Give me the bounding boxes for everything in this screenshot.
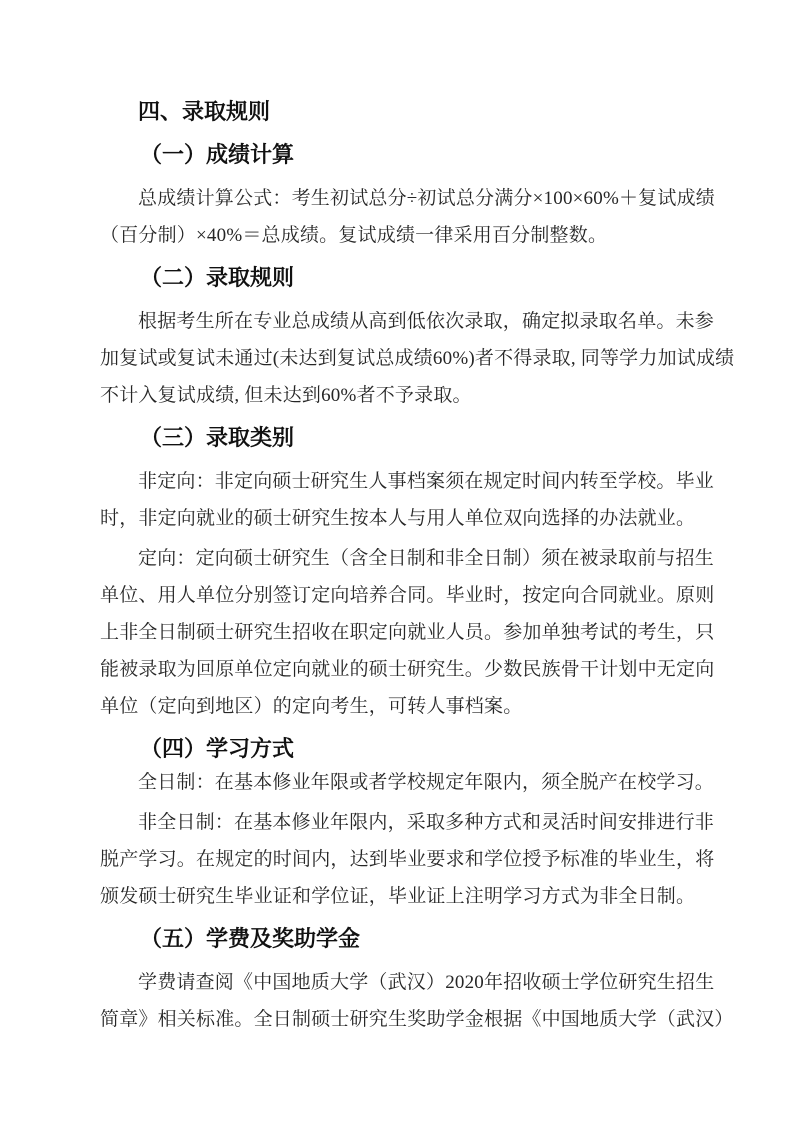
section-heading: （二）录取规则 (100, 258, 705, 297)
text-line: 能被录取为回原单位定向就业的硕士研究生。少数民族骨干计划中无定向 (100, 651, 705, 688)
paragraph: 非定向：非定向硕士研究生人事档案须在规定时间内转至学校。毕业时，非定向就业的硕士… (100, 463, 705, 537)
text-line: 单位、用人单位分别签订定向培养合同。毕业时，按定向合同就业。原则 (100, 577, 705, 614)
sections: （一）成绩计算总成绩计算公式：考生初试总分÷初试总分满分×100×60%＋复试成… (100, 135, 705, 1038)
text-line: 上非全日制硕士研究生招收在职定向就业人员。参加单独考试的考生，只 (100, 614, 705, 651)
document-page: 四、录取规则 （一）成绩计算总成绩计算公式：考生初试总分÷初试总分满分×100×… (0, 0, 793, 1122)
text-line: 不计入复试成绩, 但未达到60%者不予录取。 (100, 377, 705, 414)
text-line: 简章》相关标准。全日制硕士研究生奖助学金根据《中国地质大学（武汉） (100, 1001, 705, 1038)
text-line: 颁发硕士研究生毕业证和学位证，毕业证上注明学习方式为非全日制。 (100, 878, 705, 915)
text-line: 定向：定向硕士研究生（含全日制和非全日制）须在被录取前与招生 (100, 540, 705, 577)
text-line: 单位（定向到地区）的定向考生，可转人事档案。 (100, 688, 705, 725)
paragraph: 根据考生所在专业总成绩从高到低依次录取，确定拟录取名单。未参加复试或复试未通过(… (100, 303, 705, 414)
section-heading: （一）成绩计算 (100, 135, 705, 174)
section: （二）录取规则根据考生所在专业总成绩从高到低依次录取，确定拟录取名单。未参加复试… (100, 258, 705, 414)
text-line: 时，非定向就业的硕士研究生按本人与用人单位双向选择的办法就业。 (100, 500, 705, 537)
section: （四）学习方式全日制：在基本修业年限或者学校规定年限内，须全脱产在校学习。非全日… (100, 729, 705, 915)
paragraph: 非全日制：在基本修业年限内，采取多种方式和灵活时间安排进行非脱产学习。在规定的时… (100, 804, 705, 915)
text-line: 全日制：在基本修业年限或者学校规定年限内，须全脱产在校学习。 (100, 764, 705, 801)
text-line: 非定向：非定向硕士研究生人事档案须在规定时间内转至学校。毕业 (100, 463, 705, 500)
text-line: 脱产学习。在规定的时间内，达到毕业要求和学位授予标准的毕业生，将 (100, 841, 705, 878)
text-line: 总成绩计算公式：考生初试总分÷初试总分满分×100×60%＋复试成绩 (100, 180, 705, 217)
text-line: 非全日制：在基本修业年限内，采取多种方式和灵活时间安排进行非 (100, 804, 705, 841)
text-line: 根据考生所在专业总成绩从高到低依次录取，确定拟录取名单。未参 (100, 303, 705, 340)
text-line: （百分制）×40%＝总成绩。复试成绩一律采用百分制整数。 (100, 217, 705, 254)
section: （五）学费及奖助学金学费请查阅《中国地质大学（武汉）2020年招收硕士学位研究生… (100, 919, 705, 1038)
document-title: 四、录取规则 (100, 92, 705, 131)
section-heading: （五）学费及奖助学金 (100, 919, 705, 958)
paragraph: 定向：定向硕士研究生（含全日制和非全日制）须在被录取前与招生单位、用人单位分别签… (100, 540, 705, 725)
section-heading: （四）学习方式 (100, 729, 705, 768)
paragraph: 总成绩计算公式：考生初试总分÷初试总分满分×100×60%＋复试成绩（百分制）×… (100, 180, 705, 254)
text-line: 学费请查阅《中国地质大学（武汉）2020年招收硕士学位研究生招生 (100, 964, 705, 1001)
text-line: 加复试或复试未通过(未达到复试总成绩60%)者不得录取, 同等学力加试成绩 (100, 340, 705, 377)
section-heading: （三）录取类别 (100, 418, 705, 457)
paragraph: 学费请查阅《中国地质大学（武汉）2020年招收硕士学位研究生招生简章》相关标准。… (100, 964, 705, 1038)
section: （一）成绩计算总成绩计算公式：考生初试总分÷初试总分满分×100×60%＋复试成… (100, 135, 705, 254)
paragraph: 全日制：在基本修业年限或者学校规定年限内，须全脱产在校学习。 (100, 764, 705, 801)
section: （三）录取类别非定向：非定向硕士研究生人事档案须在规定时间内转至学校。毕业时，非… (100, 418, 705, 725)
